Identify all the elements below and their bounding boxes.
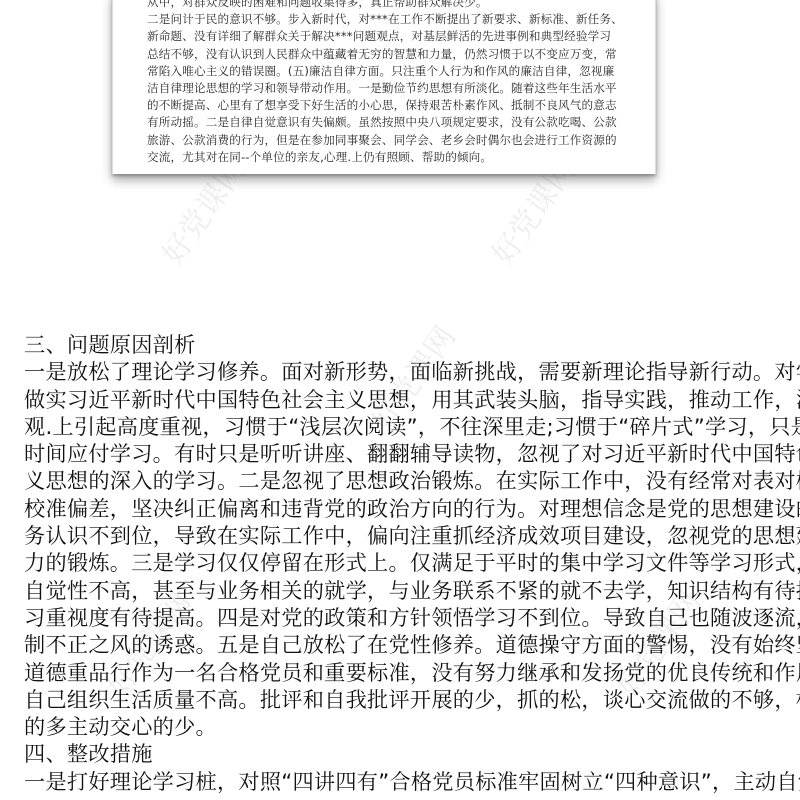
- document-body: 三、问题原因剖析 一是放松了理论学习修养。面对新形势，面临新挑战，需要新理论指导…: [24, 331, 776, 795]
- card-line: 新命题、没有详细了解群众关于解决***问题观点，对基层鲜活的先进事例和典型经验学…: [147, 28, 619, 45]
- paragraph-line: 力的锻炼。三是学习仅仅停留在形式上。仅满足于平时的集中学习文件等学习形式，学习的: [24, 549, 776, 576]
- paragraph-line: 做实习近平新时代中国特色社会主义思想，用其武装头脑，指导实践，推动工作，没有从主: [24, 386, 776, 413]
- card-line: 的不断提高、心里有了想享受下好生活的小心思，保持艰苦朴素作风、抵制不良风气的意志: [147, 97, 619, 114]
- paragraph-line: 务认识不到位，导致在实际工作中，偏向注重抓经济成效项目建设，忽视党的思想建设软实: [24, 522, 776, 549]
- paragraph-line: 自己组织生活质量不高。批评和自我批评开展的少，抓的松，谈心交流做的不够，相互鼓励: [24, 686, 776, 713]
- section-heading-rectification-measures: 四、整改措施: [24, 740, 776, 767]
- paragraph-line: 校准偏差，坚决纠正偏离和违背党的政治方向的行为。对理想信念是党的思想建设的首要任: [24, 495, 776, 522]
- paragraph-line: 道德重品行作为一名合格党员和重要标准，没有努力继承和发扬党的优良传统和作风。六是: [24, 659, 776, 686]
- section-heading-problem-causes: 三、问题原因剖析: [24, 331, 776, 358]
- card-text: 从中，对群众反映的困难和问题收集得多，真正帮助群众解决少。 二是问计于民的意识不…: [147, 0, 619, 166]
- card-line: 旅游、公款消费的行为，但是在参加同事聚会、同学会、老乡会时偶尔也会进行工作资源的: [147, 132, 619, 149]
- card-line: 有所动摇。二是自律自觉意识有失偏颇。虽然按照中央八项规定要求，没有公款吃喝、公款: [147, 114, 619, 131]
- paragraph-line: 习重视度有待提高。四是对党的政策和方针领悟学习不到位。导致自己也随波逐流，没有抵: [24, 604, 776, 631]
- card-line: 交流，尤其对在同--个单位的亲友,心理.上仍有照顾、帮助的倾向。: [147, 149, 619, 166]
- paragraph-line: 一是放松了理论学习修养。面对新形势，面临新挑战，需要新理论指导新行动。对学懂弄通: [24, 358, 776, 385]
- card-line: 总结不够，没有认识到人民群众中蕴藏着无穷的智慧和力量，仍然习惯于以不变应万变，常: [147, 46, 619, 63]
- card-line: 洁自律理论思想的学习和领导带动作用。一是勤俭节约思想有所淡化。随着这些年生活水平: [147, 80, 619, 97]
- paragraph-line: 制不正之风的诱惑。五是自己放松了在党性修养。道德操守方面的警惕，没有始终坚持把讲: [24, 631, 776, 658]
- card-line: 从中，对群众反映的困难和问题收集得多，真正帮助群众解决少。: [147, 0, 619, 11]
- card-line: 二是问计于民的意识不够。步入新时代，对***在工作不断提出了新要求、新标准、新任…: [147, 11, 619, 28]
- paragraph-line: 一是打好理论学习桩，对照“四讲四有”合格党员标准牢固树立“四种意识”，主动自觉地…: [24, 768, 776, 795]
- card-line: 常陷入唯心主义的错误圈。(五)廉洁自律方面。只注重个人行为和作风的廉洁自律，忽视…: [147, 63, 619, 80]
- paragraph-line: 的多主动交心的少。: [24, 713, 776, 740]
- document-preview-card: 从中，对群众反映的困难和问题收集得多，真正帮助群众解决少。 二是问计于民的意识不…: [112, 0, 656, 174]
- paragraph-line: 义思想的深入的学习。二是忽视了思想政治锻炼。在实际工作中，没有经常对表对标，及时: [24, 467, 776, 494]
- paragraph-line: 自觉性不高，甚至与业务相关的就学，与业务联系不紧的就不去学，知识结构有待拓展，学: [24, 577, 776, 604]
- paragraph-line: 观.上引起高度重视，习惯于“浅层次阅读”，不往深里走;习惯于“碎片式”学习，只是…: [24, 413, 776, 440]
- paragraph-line: 时间应付学习。有时只是听听讲座、翻翻辅导读物，忽视了对习近平新时代中国特色社会主: [24, 440, 776, 467]
